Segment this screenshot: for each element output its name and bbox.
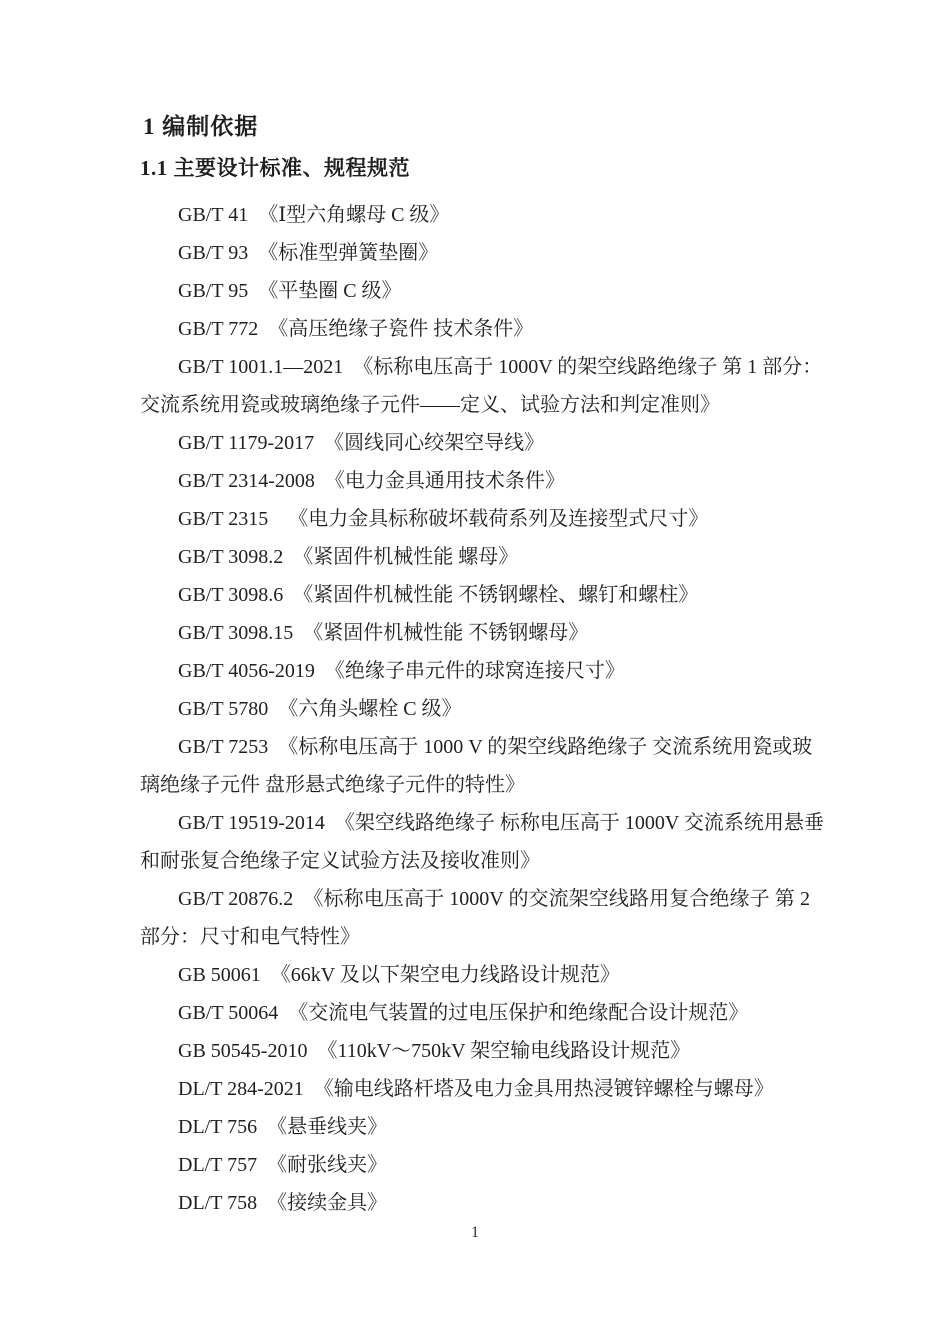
standard-line: GB/T 5780 《六角头螺栓 C 级》 [140,690,810,728]
standard-item: GB/T 95 《平垫圈 C 级》 [140,272,810,310]
standard-item: GB/T 4056-2019 《绝缘子串元件的球窝连接尺寸》 [140,652,810,690]
standard-line: GB/T 772 《高压绝缘子瓷件 技术条件》 [140,310,810,348]
standard-item: GB/T 3098.15 《紧固件机械性能 不锈钢螺母》 [140,614,810,652]
standard-item: GB/T 772 《高压绝缘子瓷件 技术条件》 [140,310,810,348]
standard-line: GB/T 93 《标准型弹簧垫圈》 [140,234,810,272]
standard-item: GB 50061 《66kV 及以下架空电力线路设计规范》 [140,956,810,994]
standard-line: GB/T 19519-2014 《架空线路绝缘子 标称电压高于 1000V 交流… [140,804,810,842]
standard-line: GB/T 3098.15 《紧固件机械性能 不锈钢螺母》 [140,614,810,652]
standard-item: GB/T 1001.1—2021 《标称电压高于 1000V 的架空线路绝缘子 … [140,348,810,424]
standard-line: GB/T 41 《Ⅰ型六角螺母 C 级》 [140,196,810,234]
standard-line: DL/T 757 《耐张线夹》 [140,1146,810,1184]
standard-line: GB/T 7253 《标称电压高于 1000 V 的架空线路绝缘子 交流系统用瓷… [140,728,810,766]
standard-item: GB/T 93 《标准型弹簧垫圈》 [140,234,810,272]
standard-item: GB/T 2315 《电力金具标称破坏载荷系列及连接型式尺寸》 [140,500,810,538]
standard-line: DL/T 756 《悬垂线夹》 [140,1108,810,1146]
standard-item: GB/T 7253 《标称电压高于 1000 V 的架空线路绝缘子 交流系统用瓷… [140,728,810,804]
standard-item: GB/T 2314-2008 《电力金具通用技术条件》 [140,462,810,500]
standard-item: GB/T 19519-2014 《架空线路绝缘子 标称电压高于 1000V 交流… [140,804,810,880]
standard-line: 部分：尺寸和电气特性》 [140,918,810,956]
standard-item: GB/T 3098.2 《紧固件机械性能 螺母》 [140,538,810,576]
standard-item: GB/T 41 《Ⅰ型六角螺母 C 级》 [140,196,810,234]
standard-item: DL/T 284-2021 《输电线路杆塔及电力金具用热浸镀锌螺栓与螺母》 [140,1070,810,1108]
standard-line: 璃绝缘子元件 盘形悬式绝缘子元件的特性》 [140,766,810,804]
standards-list: GB/T 41 《Ⅰ型六角螺母 C 级》GB/T 93 《标准型弹簧垫圈》GB/… [140,196,810,1222]
standard-line: GB 50061 《66kV 及以下架空电力线路设计规范》 [140,956,810,994]
standard-item: GB/T 1179-2017 《圆线同心绞架空导线》 [140,424,810,462]
standard-line: DL/T 284-2021 《输电线路杆塔及电力金具用热浸镀锌螺栓与螺母》 [140,1070,810,1108]
standard-line: GB/T 50064 《交流电气装置的过电压保护和绝缘配合设计规范》 [140,994,810,1032]
standard-line: GB/T 95 《平垫圈 C 级》 [140,272,810,310]
standard-item: GB/T 50064 《交流电气装置的过电压保护和绝缘配合设计规范》 [140,994,810,1032]
section-heading: 1 编制依据 [143,110,810,144]
standard-line: GB/T 2315 《电力金具标称破坏载荷系列及连接型式尺寸》 [140,500,810,538]
standard-item: GB/T 20876.2 《标称电压高于 1000V 的交流架空线路用复合绝缘子… [140,880,810,956]
document-page: 1 编制依据 1.1 主要设计标准、规程规范 GB/T 41 《Ⅰ型六角螺母 C… [0,0,950,1341]
document-content: 1 编制依据 1.1 主要设计标准、规程规范 GB/T 41 《Ⅰ型六角螺母 C… [140,110,810,1222]
standard-line: GB/T 1179-2017 《圆线同心绞架空导线》 [140,424,810,462]
subsection-heading: 1.1 主要设计标准、规程规范 [140,152,810,184]
standard-line: GB 50545-2010 《110kV～750kV 架空输电线路设计规范》 [140,1032,810,1070]
standard-line: GB/T 2314-2008 《电力金具通用技术条件》 [140,462,810,500]
page-number: 1 [0,1222,950,1244]
standard-line: GB/T 20876.2 《标称电压高于 1000V 的交流架空线路用复合绝缘子… [140,880,810,918]
standard-item: DL/T 758 《接续金具》 [140,1184,810,1222]
standard-item: DL/T 756 《悬垂线夹》 [140,1108,810,1146]
standard-line: GB/T 1001.1—2021 《标称电压高于 1000V 的架空线路绝缘子 … [140,348,810,386]
standard-line: GB/T 3098.6 《紧固件机械性能 不锈钢螺栓、螺钉和螺柱》 [140,576,810,614]
standard-item: GB/T 5780 《六角头螺栓 C 级》 [140,690,810,728]
standard-line: GB/T 4056-2019 《绝缘子串元件的球窝连接尺寸》 [140,652,810,690]
standard-line: GB/T 3098.2 《紧固件机械性能 螺母》 [140,538,810,576]
standard-item: GB 50545-2010 《110kV～750kV 架空输电线路设计规范》 [140,1032,810,1070]
standard-item: DL/T 757 《耐张线夹》 [140,1146,810,1184]
standard-item: GB/T 3098.6 《紧固件机械性能 不锈钢螺栓、螺钉和螺柱》 [140,576,810,614]
standard-line: 和耐张复合绝缘子定义试验方法及接收准则》 [140,842,810,880]
standard-line: DL/T 758 《接续金具》 [140,1184,810,1222]
standard-line: 交流系统用瓷或玻璃绝缘子元件——定义、试验方法和判定准则》 [140,386,810,424]
